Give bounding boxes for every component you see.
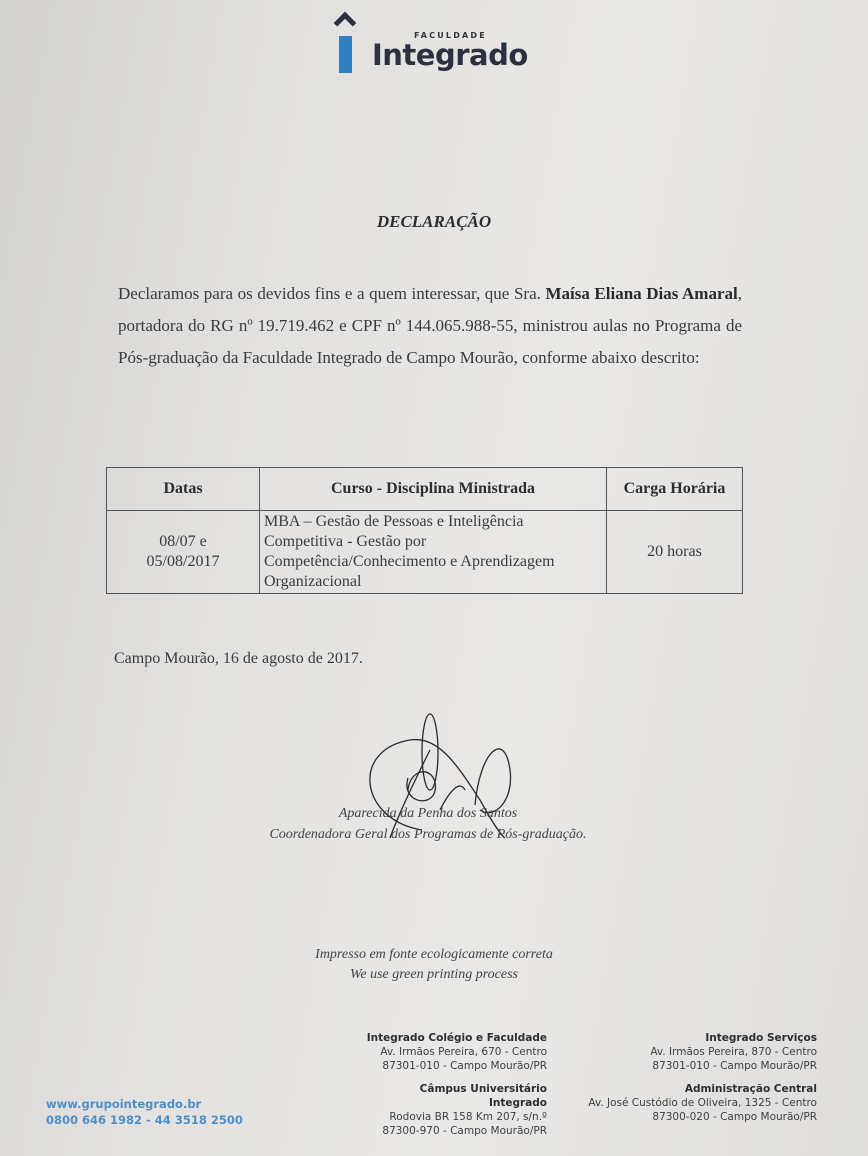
chevron-up-icon: [334, 12, 357, 35]
person-name: Maísa Eliana Dias Amaral: [545, 284, 737, 303]
eco-notice: Impresso em fonte ecologicamente correta…: [0, 945, 868, 985]
cell-carga: 20 horas: [607, 511, 743, 594]
cell-datas: 08/07 e 05/08/2017: [107, 511, 260, 594]
header-datas: Datas: [107, 468, 260, 511]
table-row: 08/07 e 05/08/2017 MBA – Gestão de Pesso…: [107, 511, 743, 594]
address-line: 87301-010 - Campo Mourão/PR: [560, 1059, 817, 1073]
address-line: 87300-970 - Campo Mourão/PR: [360, 1124, 547, 1138]
logo-bar: [339, 36, 352, 73]
document-title: DECLARAÇÃO: [0, 212, 868, 232]
place-date: Campo Mourão, 16 de agosto de 2017.: [114, 650, 363, 668]
phone-numbers: 0800 646 1982 - 44 3518 2500: [46, 1112, 243, 1128]
signer-block: Aparecida da Penha dos Santos Coordenado…: [268, 803, 588, 845]
address-name: Integrado Serviços: [705, 1032, 817, 1044]
header-carga: Carga Horária: [607, 468, 743, 511]
cell-curso: MBA – Gestão de Pessoas e Inteligência C…: [260, 511, 607, 594]
disciplines-table: Datas Curso - Disciplina Ministrada Carg…: [106, 467, 743, 594]
address-line: Av. José Custódio de Oliveira, 1325 - Ce…: [560, 1096, 817, 1110]
address-line: Rodovia BR 158 Km 207, s/n.º: [360, 1110, 547, 1124]
address-line: Av. Irmãos Pereira, 670 - Centro: [360, 1045, 547, 1059]
contact-block: www.grupointegrado.br 0800 646 1982 - 44…: [46, 1096, 243, 1128]
address-name: Integrado Colégio e Faculdade: [367, 1032, 547, 1044]
eco-line-pt: Impresso em fonte ecologicamente correta: [0, 945, 868, 965]
faculdade-integrado-logo: FACULDADE Integrado: [334, 12, 534, 76]
address-name: Administração Central: [685, 1083, 817, 1095]
address-column-middle: Integrado Colégio e Faculdade Av. Irmãos…: [360, 1031, 547, 1138]
address-line: 87300-020 - Campo Mourão/PR: [560, 1110, 817, 1124]
declaration-intro: Declaramos para os devidos fins e a quem…: [118, 284, 541, 303]
eco-line-en: We use green printing process: [0, 965, 868, 985]
address-name: Câmpus Universitário Integrado: [420, 1083, 547, 1109]
header-curso: Curso - Disciplina Ministrada: [260, 468, 607, 511]
signer-role: Coordenadora Geral dos Programas de Pós-…: [268, 824, 588, 845]
logo-i-icon: [334, 12, 358, 74]
logo-name: Integrado: [372, 38, 528, 72]
declaration-paragraph: Declaramos para os devidos fins e a quem…: [118, 278, 742, 374]
address-line: 87301-010 - Campo Mourão/PR: [360, 1059, 547, 1073]
signer-name: Aparecida da Penha dos Santos: [268, 803, 588, 824]
address-column-right: Integrado Serviços Av. Irmãos Pereira, 8…: [560, 1031, 817, 1124]
website-link: www.grupointegrado.br: [46, 1096, 243, 1112]
address-line: Av. Irmãos Pereira, 870 - Centro: [560, 1045, 817, 1059]
table-header-row: Datas Curso - Disciplina Ministrada Carg…: [107, 468, 743, 511]
